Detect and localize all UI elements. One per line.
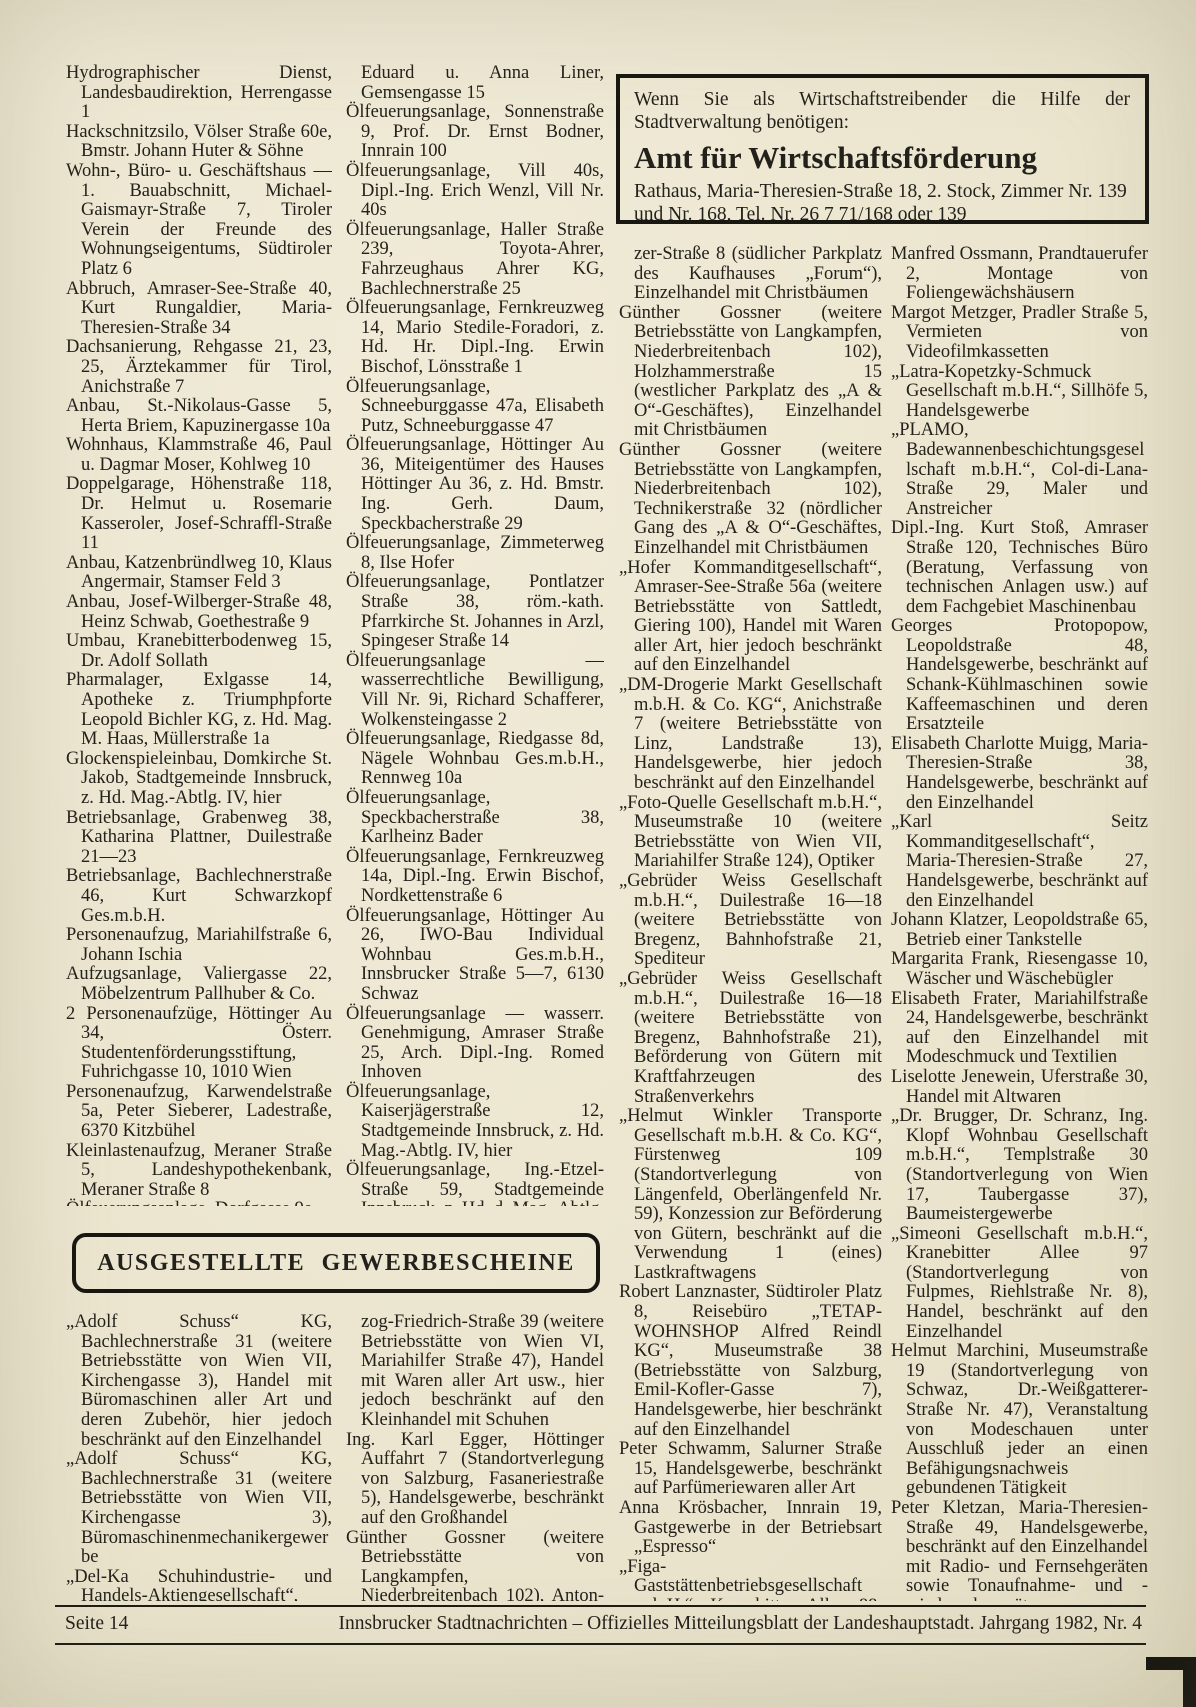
directory-entry: Ölfeuerungsanlage, Höttinger Au 26, IWO-…	[361, 907, 604, 1005]
column-3: zer-Straße 8 (südlicher Parkplatz des Ka…	[619, 245, 882, 1601]
gewerbeschein-entry: Liselotte Jenewein, Uferstraße 30, Hande…	[906, 1068, 1148, 1107]
column-2-bottom-list: Ing. Karl Egger, Höttinger Auffahrt 7 (S…	[346, 1431, 604, 1601]
gewerbescheine-header-box: AUSGESTELLTE GEWERBESCHEINE	[72, 1233, 600, 1293]
gewerbeschein-entry: „Adolf Schuss“ KG, Bachlechnerstraße 31 …	[81, 1313, 332, 1450]
directory-entry: Ölfeuerungsanlage, Sonnenstraße 9, Prof.…	[361, 103, 604, 162]
directory-entry: Ölfeuerungsanlage, Speckbacherstraße 38,…	[361, 789, 604, 848]
directory-entry: Wohn-, Büro- u. Geschäftshaus — 1. Bauab…	[81, 162, 332, 280]
column-1-bottom: „Adolf Schuss“ KG, Bachlechnerstraße 31 …	[66, 1313, 332, 1601]
gewerbeschein-entry: „DM-Drogerie Markt Gesellschaft m.b.H. &…	[634, 676, 882, 794]
gewerbeschein-entry: Elisabeth Frater, Mariahilfstraße 24, Ha…	[906, 990, 1148, 1068]
directory-entry: Betriebsanlage, Bachlechnerstraße 46, Ku…	[81, 867, 332, 926]
gewerbeschein-entry: „Latra-Kopetzky-Schmuck Gesellschaft m.b…	[906, 363, 1148, 422]
footer-page-number: Seite 14	[65, 1613, 128, 1635]
gewerbeschein-entry: Günther Gossner (weitere Betriebsstätte …	[634, 441, 882, 559]
gewerbeschein-entry: „Adolf Schuss“ KG, Bachlechnerstraße 31 …	[81, 1450, 332, 1568]
directory-entry: Aufzugsanlage, Valiergasse 22, Möbelzent…	[81, 965, 332, 1004]
directory-entry: Kleinlastenaufzug, Meraner Straße 5, Lan…	[81, 1142, 332, 1201]
gewerbeschein-entry: „Simeoni Gesellschaft m.b.H.“, Kranebitt…	[906, 1225, 1148, 1343]
directory-entry: Hydrographischer Dienst, Landesbaudirekt…	[81, 64, 332, 123]
gewerbeschein-entry: Peter Schwamm, Salurner Straße 15, Hande…	[634, 1440, 882, 1499]
directory-entry: Anbau, Josef-Wilberger-Straße 48, Heinz …	[81, 593, 332, 632]
directory-entry: Ölfeuerungsanlage, Dorfgasse 9e,	[81, 1200, 332, 1206]
directory-entry: Pharmalager, Exlgasse 14, Apotheke z. Tr…	[81, 671, 332, 749]
gewerbeschein-entry: Elisabeth Charlotte Muigg, Maria-Theresi…	[906, 735, 1148, 813]
column-2-bottom: zog-Friedrich-Straße 39 (weitere Betrieb…	[346, 1313, 604, 1601]
directory-entry: Wohnhaus, Klammstraße 46, Paul u. Dagmar…	[81, 436, 332, 475]
gewerbeschein-entry: Ing. Karl Egger, Höttinger Auffahrt 7 (S…	[361, 1431, 604, 1529]
directory-entry: Dachsanierung, Rehgasse 21, 23, 25, Ärzt…	[81, 338, 332, 397]
directory-entry: Ölfeuerungsanlage, Riedgasse 8d, Nägele …	[361, 730, 604, 789]
gewerbeschein-entry: Margarita Frank, Riesengasse 10, Wäscher…	[906, 950, 1148, 989]
directory-entry: Ölfeuerungsanlage, Pontlatzer Straße 38,…	[361, 573, 604, 651]
gewerbeschein-entry: „Gebrüder Weiss Gesellschaft m.b.H.“, Du…	[634, 872, 882, 970]
scan-artifact-corner-mark	[1183, 1657, 1196, 1707]
gewerbeschein-entry: „Foto-Quelle Gesellschaft m.b.H.“, Museu…	[634, 794, 882, 872]
directory-entry: Ölfeuerungsanlage — wasserr. Genehmigung…	[361, 1005, 604, 1083]
directory-entry: Ölfeuerungsanlage, Fernkreuzweg 14, Mari…	[361, 299, 604, 377]
directory-entry: Betriebsanlage, Grabenweg 38, Katharina …	[81, 809, 332, 868]
directory-entry: 2 Personenaufzüge, Höttinger Au 34, Öste…	[81, 1005, 332, 1083]
directory-entry: Abbruch, Amraser-See-Straße 40, Kurt Run…	[81, 280, 332, 339]
gewerbeschein-entry: „PLAMO, Badewannenbeschichtungsgesellsch…	[906, 421, 1148, 519]
directory-entry: Anbau, St.-Nikolaus-Gasse 5, Herta Briem…	[81, 397, 332, 436]
info-box-intro: Wenn Sie als Wirtschaftstreibender die H…	[634, 88, 1130, 134]
entry-continuation: Eduard u. Anna Liner, Gemsengasse 15	[361, 64, 604, 103]
gewerbeschein-entry: Margot Metzger, Pradler Straße 5, Vermie…	[906, 304, 1148, 363]
directory-entry: Ölfeuerungsanlage — wasserrechtliche Bew…	[361, 652, 604, 730]
directory-entry: Umbau, Kranebitterbodenweg 15, Dr. Adolf…	[81, 632, 332, 671]
entry-continuation: zer-Straße 8 (südlicher Parkplatz des Ka…	[634, 245, 882, 304]
gewerbeschein-entry: Robert Lanznaster, Südtiroler Platz 8, R…	[634, 1283, 882, 1440]
gewerbeschein-entry: Georges Protopopow, Leopoldstraße 48, Ha…	[906, 617, 1148, 735]
footer-publication: Innsbrucker Stadtnachrichten – Offiziell…	[339, 1613, 1142, 1635]
entry-continuation: zog-Friedrich-Straße 39 (weitere Betrieb…	[361, 1313, 604, 1431]
gewerbeschein-entry: „Del-Ka Schuhindustrie- und Handels-Akti…	[81, 1568, 332, 1601]
gewerbeschein-entry: Manfred Ossmann, Prandtauerufer 2, Monta…	[906, 245, 1148, 304]
directory-entry: Ölfeuerungsanlage, Haller Straße 239, To…	[361, 221, 604, 299]
gewerbeschein-entry: „Hofer Kommanditgesellschaft“, Amraser-S…	[634, 559, 882, 677]
gewerbeschein-entry: Johann Klatzer, Leopoldstraße 65, Betrie…	[906, 911, 1148, 950]
directory-entry: Anbau, Katzenbründlweg 10, Klaus Angerma…	[81, 554, 332, 593]
column-1-top: Hydrographischer Dienst, Landesbaudirekt…	[66, 64, 332, 1206]
directory-entry: Ölfeuerungsanlage, Höttinger Au 36, Mite…	[361, 436, 604, 534]
scanned-newspaper-page: Hydrographischer Dienst, Landesbaudirekt…	[0, 0, 1196, 1707]
info-box-title: Amt für Wirtschaftsförderung	[634, 141, 1130, 175]
directory-entry: Personenaufzug, Karwendelstraße 5a, Pete…	[81, 1083, 332, 1142]
directory-entry: Ölfeuerungsanlage, Zimmeterweg 8, Ilse H…	[361, 534, 604, 573]
gewerbeschein-entry: „Gebrüder Weiss Gesellschaft m.b.H.“, Du…	[634, 970, 882, 1107]
gewerbeschein-entry: „Helmut Winkler Transporte Gesellschaft …	[634, 1107, 882, 1283]
gewerbeschein-entry: Peter Kletzan, Maria-Theresien-Straße 49…	[906, 1499, 1148, 1601]
directory-entry: Glockenspieleinbau, Domkirche St. Jakob,…	[81, 750, 332, 809]
directory-entry: Personenaufzug, Mariahilfstraße 6, Johan…	[81, 926, 332, 965]
column-2-top-list: Ölfeuerungsanlage, Sonnenstraße 9, Prof.…	[346, 103, 604, 1206]
column-2-top: Eduard u. Anna Liner, Gemsengasse 15 Ölf…	[346, 64, 604, 1206]
section-title: AUSGESTELLTE GEWERBESCHEINE	[97, 1250, 574, 1277]
directory-entry: Ölfeuerungsanlage, Vill 40s, Dipl.-Ing. …	[361, 162, 604, 221]
directory-entry: Ölfeuerungsanlage, Fernkreuzweg 14a, Dip…	[361, 848, 604, 907]
directory-entry: Ölfeuerungsanlage, Kaiserjägerstraße 12,…	[361, 1083, 604, 1161]
gewerbeschein-entry: Dipl.-Ing. Kurt Stoß, Amraser Straße 120…	[906, 519, 1148, 617]
amt-info-box: Wenn Sie als Wirtschaftstreibender die H…	[616, 74, 1149, 224]
gewerbeschein-entry: „Figa-Gaststättenbetriebsgesellschaft m.…	[634, 1558, 882, 1601]
directory-entry: Hackschnitzsilo, Völser Straße 60e, Bmst…	[81, 123, 332, 162]
info-box-details: Rathaus, Maria-Theresien-Straße 18, 2. S…	[634, 180, 1130, 226]
directory-entry: Doppelgarage, Höhenstraße 118, Dr. Helmu…	[81, 475, 332, 553]
column-4: Manfred Ossmann, Prandtauerufer 2, Monta…	[891, 245, 1148, 1601]
directory-entry: Ölfeuerungsanlage, Ing.-Etzel-Straße 59,…	[361, 1161, 604, 1206]
gewerbeschein-entry: Günther Gossner (weitere Betriebsstätte …	[634, 304, 882, 441]
gewerbeschein-entry: Anna Krösbacher, Innrain 19, Gastgewerbe…	[634, 1499, 882, 1558]
gewerbeschein-entry: Helmut Marchini, Museumstraße 19 (Stando…	[906, 1342, 1148, 1499]
column-3-list: Günther Gossner (weitere Betriebsstätte …	[619, 304, 882, 1601]
gewerbeschein-entry: „Dr. Brugger, Dr. Schranz, Ing. Klopf Wo…	[906, 1107, 1148, 1225]
directory-entry: Ölfeuerungsanlage, Schneeburggasse 47a, …	[361, 378, 604, 437]
gewerbeschein-entry: Günther Gossner (weitere Betriebsstätte …	[361, 1529, 604, 1601]
gewerbeschein-entry: „Karl Seitz Kommanditgesellschaft“, Mari…	[906, 813, 1148, 911]
page-footer: Seite 14 Innsbrucker Stadtnachrichten – …	[55, 1605, 1146, 1645]
